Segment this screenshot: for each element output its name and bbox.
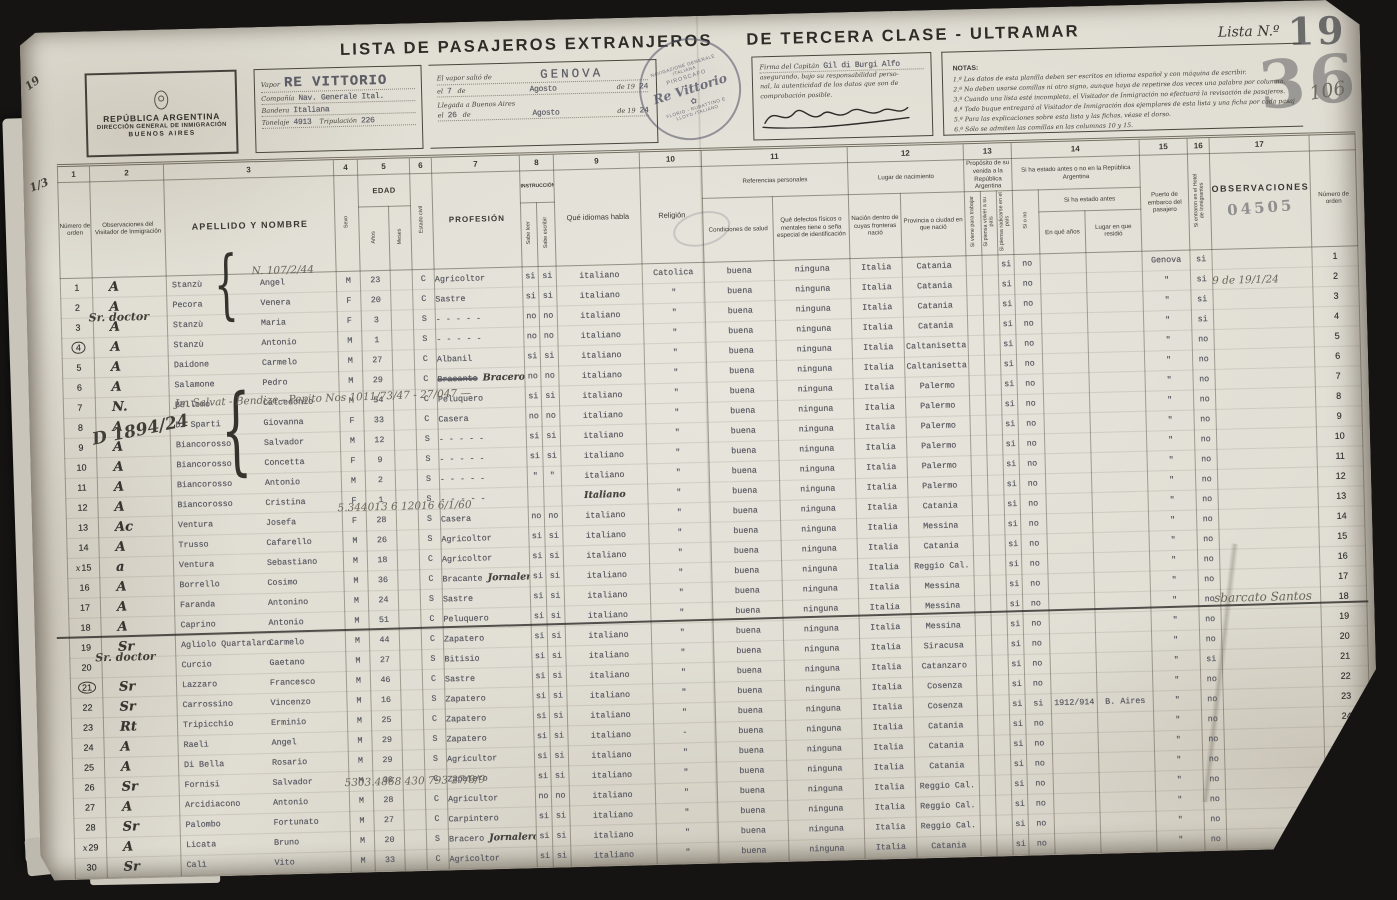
vapor-name: RE VITTORIO xyxy=(284,73,388,92)
cell-sex: F xyxy=(342,511,366,532)
col-number: 15 xyxy=(1139,137,1187,155)
cell-purpose-2 xyxy=(990,575,1007,595)
cell-reads: si xyxy=(535,766,552,786)
cell-purpose-1 xyxy=(967,295,984,315)
cell-row-number: 13 xyxy=(66,518,98,539)
cell-observations xyxy=(1215,367,1315,390)
cell-observations xyxy=(1218,507,1318,530)
header-hotel: Si entraron en el Hotel de Inmigrantes xyxy=(1187,154,1211,250)
cell-purpose-1 xyxy=(970,415,987,435)
cell-hotel: no xyxy=(1202,709,1224,730)
cell-age-years: 44 xyxy=(369,630,399,651)
cell-province: Siracusa xyxy=(912,635,976,657)
cell-reads: si xyxy=(525,386,542,406)
cell-purpose-3: si xyxy=(1013,834,1030,854)
cell-row-number: 9 xyxy=(64,438,96,459)
cell-nation: Italia xyxy=(864,817,916,838)
cell-sex: F xyxy=(337,291,361,312)
cell-province: Reggio Cal. xyxy=(916,815,980,837)
cell-order-number-right: 19 xyxy=(1321,605,1367,626)
cell-which-years xyxy=(1041,292,1087,313)
cell-health: buena xyxy=(706,320,776,342)
de-label: de xyxy=(463,111,471,119)
cell-which-years xyxy=(1046,472,1092,493)
cell-age-months xyxy=(391,289,414,310)
cell-religion: Catolica xyxy=(642,262,704,284)
cell-civil-status: C xyxy=(425,789,447,810)
cell-embark-port: " xyxy=(1144,350,1192,371)
cell-purpose-2 xyxy=(995,754,1012,774)
cell-profession: - - - - - xyxy=(436,327,524,349)
cell-been-before: no xyxy=(1021,514,1047,535)
cell-health: buena xyxy=(718,820,788,842)
cell-defects: ninguna xyxy=(789,838,865,860)
cell-embark-port: " xyxy=(1145,370,1193,391)
cell-religion: " xyxy=(657,842,719,864)
cell-defects: ninguna xyxy=(784,658,860,680)
cell-purpose-3: si xyxy=(1011,774,1028,794)
cell-defects: ninguna xyxy=(783,598,859,620)
cell-embark-port: " xyxy=(1155,750,1203,771)
cell-embark-port: " xyxy=(1154,730,1202,751)
cell-purpose-1 xyxy=(975,615,992,635)
cell-nation: Italia xyxy=(858,557,910,578)
cell-residence-place xyxy=(1089,371,1146,392)
cell-which-years xyxy=(1045,452,1091,473)
cell-age-years: 25 xyxy=(371,710,401,731)
cell-reads xyxy=(528,486,545,506)
cell-been-before: no xyxy=(1017,394,1043,415)
cell-nation: Italia xyxy=(852,337,904,358)
cell-residence-place xyxy=(1094,571,1151,592)
cell-row-number: 26 xyxy=(73,777,105,798)
cell-purpose-2 xyxy=(983,315,1000,335)
cell-order-number-right: 15 xyxy=(1319,525,1365,546)
cell-purpose-1 xyxy=(969,375,986,395)
org-box: REPÚBLICA ARGENTINA DIRECCIÓN GENERAL DE… xyxy=(85,70,239,158)
cell-order-number-right: 22 xyxy=(1322,665,1368,686)
cell-hotel: no xyxy=(1197,549,1219,570)
cell-been-before: no xyxy=(1026,733,1052,754)
cell-which-years xyxy=(1044,412,1090,433)
header-referencias: Referencias personales xyxy=(702,163,849,199)
cell-profession: Agricultor xyxy=(447,787,535,809)
notas-list: 1.ª Los datos de esta planilla deben ser… xyxy=(953,67,1295,136)
cell-writes: si xyxy=(549,706,568,726)
cell-embark-port: " xyxy=(1145,390,1193,411)
captain-signature xyxy=(761,100,912,130)
cell-residence-place xyxy=(1087,311,1144,332)
cell-language: italiano xyxy=(557,284,643,306)
cell-hotel: no xyxy=(1202,729,1224,750)
visitador-mark: A xyxy=(101,616,175,638)
cell-age-years: 26 xyxy=(367,530,397,551)
cell-age-months xyxy=(403,789,426,810)
stamp-04505: 04505 xyxy=(1211,195,1311,221)
cell-residence-place xyxy=(1099,771,1156,792)
cell-order-number-right: 30 xyxy=(1327,825,1373,846)
cell-reads: si xyxy=(527,446,544,466)
cell-hotel: no xyxy=(1203,769,1225,790)
cell-observations xyxy=(1212,247,1312,270)
cell-sex: M xyxy=(339,391,363,412)
cell-hotel: no xyxy=(1204,789,1226,810)
cell-age-months xyxy=(405,849,428,870)
cell-which-years xyxy=(1048,572,1094,593)
cell-nation: Italia xyxy=(855,437,907,458)
cell-age-years: 46 xyxy=(370,670,400,691)
cell-writes: si xyxy=(546,566,565,586)
cell-purpose-3: si xyxy=(1002,414,1019,434)
cell-profession: Bracante Bracero xyxy=(437,367,525,389)
cell-age-years: 23 xyxy=(360,270,390,291)
cell-residence-place xyxy=(1100,811,1157,832)
cell-row-number: 4 xyxy=(62,338,94,359)
cell-purpose-3: si xyxy=(1010,734,1027,754)
cell-observations xyxy=(1219,527,1319,550)
cell-purpose-1 xyxy=(980,795,997,815)
cell-writes: si xyxy=(538,266,557,286)
cell-observations xyxy=(1215,387,1315,410)
cell-age-months xyxy=(396,489,419,510)
cell-profession: Albanil xyxy=(436,347,524,369)
cell-order-number-right: 12 xyxy=(1317,465,1363,486)
cell-language: italiano xyxy=(560,404,646,426)
cell-writes: si xyxy=(547,626,566,646)
cell-nation: Italia xyxy=(862,737,914,758)
cell-profession: - - - - - xyxy=(438,427,526,449)
cell-embark-port: " xyxy=(1155,770,1203,791)
cell-age-years: 28 xyxy=(366,510,396,531)
cell-civil-status: C xyxy=(421,609,443,630)
cell-province: Catania xyxy=(914,735,978,757)
cell-purpose-2 xyxy=(992,635,1009,655)
cell-purpose-3: si xyxy=(1012,794,1029,814)
cell-province: Catania xyxy=(903,295,967,317)
cell-which-years xyxy=(1042,332,1088,353)
visitador-mark: a xyxy=(99,556,173,578)
cell-purpose-2 xyxy=(995,774,1012,794)
cell-province: Catania xyxy=(903,315,967,337)
cell-observations xyxy=(1213,287,1313,310)
cell-order-number-right: 23 xyxy=(1323,685,1369,706)
cell-purpose-2 xyxy=(982,255,999,275)
cell-residence-place: B. Aires xyxy=(1097,691,1154,712)
cell-health: buena xyxy=(719,840,789,862)
header-sabe-escribir: Sabe escribir xyxy=(536,202,556,266)
cell-been-before: no xyxy=(1026,713,1052,734)
col-number: 13 xyxy=(963,142,1011,160)
cell-row-number: 6 xyxy=(63,378,95,399)
cell-health: buena xyxy=(710,500,780,522)
visitador-mark: Sr xyxy=(106,816,180,838)
cell-sex: M xyxy=(348,731,372,752)
cell-religion: " xyxy=(649,522,711,544)
visitador-mark: A xyxy=(94,356,168,378)
cell-age-years: 27 xyxy=(370,650,400,671)
cell-row-number: 23 xyxy=(71,717,103,738)
visitador-mark: Ac xyxy=(98,516,172,538)
cell-order-number-right: 29 xyxy=(1326,805,1372,826)
cell-residence-place xyxy=(1086,251,1143,272)
cell-sex: M xyxy=(339,371,363,392)
cell-province: Cosenza xyxy=(913,695,977,717)
cell-purpose-1 xyxy=(973,535,990,555)
cell-order-number-right: 7 xyxy=(1315,366,1361,387)
cell-language: italiano xyxy=(559,364,645,386)
llegada-label: Llegada a Buenos Aires xyxy=(437,100,515,110)
cell-row-number: 2 xyxy=(61,298,93,319)
cell-profession: Agricoltor xyxy=(434,267,522,289)
tonelaje-value: 4913 xyxy=(293,118,311,127)
cell-religion: - xyxy=(654,722,716,744)
cell-order-number-right: 14 xyxy=(1318,505,1364,526)
cell-which-years xyxy=(1050,652,1096,673)
cell-purpose-2 xyxy=(991,595,1008,615)
cell-sex: M xyxy=(345,631,369,652)
bandera-label: Bandera xyxy=(261,106,289,115)
cell-observations xyxy=(1214,347,1314,370)
cell-been-before: no xyxy=(1021,533,1047,554)
cell-language: italiano xyxy=(567,684,653,706)
cell-purpose-3: si xyxy=(1002,434,1019,454)
cell-religion: " xyxy=(646,422,708,444)
cell-language: italiano xyxy=(564,584,650,606)
cell-been-before: no xyxy=(1027,773,1053,794)
cell-row-number: 8 xyxy=(64,418,96,439)
cell-reads: si xyxy=(534,726,551,746)
cell-purpose-2 xyxy=(986,435,1003,455)
cell-which-years xyxy=(1044,432,1090,453)
cell-purpose-1 xyxy=(978,735,995,755)
cell-language: italiano xyxy=(561,444,647,466)
cell-defects: ninguna xyxy=(780,478,856,500)
cell-reads: si xyxy=(522,266,539,286)
cell-hotel: no xyxy=(1192,329,1214,350)
cell-purpose-3: si xyxy=(1009,674,1026,694)
cell-profession: Agricoltor xyxy=(441,527,529,549)
header-proposito: Propósito de su venida a la República Ar… xyxy=(964,159,1013,192)
tripulacion-value: 226 xyxy=(361,116,375,125)
cell-which-years xyxy=(1040,272,1086,293)
cell-purpose-2 xyxy=(996,814,1013,834)
cell-purpose-3: si xyxy=(999,294,1016,314)
cell-age-months xyxy=(395,449,418,470)
visitador-mark: N. xyxy=(95,396,169,418)
tripulacion-label: Tripulación xyxy=(319,117,357,126)
cell-order-number-right: 5 xyxy=(1314,326,1360,347)
cell-province: Catania xyxy=(908,495,972,517)
cell-been-before: no xyxy=(1015,314,1041,335)
cell-residence-place xyxy=(1088,331,1145,352)
cell-reads: si xyxy=(534,746,551,766)
cell-observations xyxy=(1223,687,1323,710)
cell-health: buena xyxy=(713,620,783,642)
cell-religion: " xyxy=(644,322,706,344)
cell-sex: M xyxy=(343,531,367,552)
cell-health: buena xyxy=(716,720,786,742)
cell-province: Palermo xyxy=(905,375,969,397)
cell-reads: si xyxy=(532,646,549,666)
cell-health: buena xyxy=(709,460,779,482)
cell-which-years xyxy=(1050,632,1096,653)
cell-observations xyxy=(1216,407,1316,430)
cell-which-years xyxy=(1052,732,1098,753)
cell-profession: Sastre xyxy=(442,587,530,609)
cell-residence-place xyxy=(1099,751,1156,772)
cell-hotel: no xyxy=(1200,629,1222,650)
cell-sex: M xyxy=(344,591,368,612)
el-label: el xyxy=(438,111,444,119)
cell-purpose-3: si xyxy=(1001,374,1018,394)
cell-purpose-1 xyxy=(979,755,996,775)
cell-reads: si xyxy=(536,806,553,826)
cell-religion: " xyxy=(645,362,707,384)
cell-purpose-3: si xyxy=(998,254,1015,274)
cell-civil-status: C xyxy=(412,269,434,290)
voyage-box: El vapor salió de GENOVA el 7 de Agosto … xyxy=(428,59,658,149)
visitador-mark: A xyxy=(100,596,174,618)
cell-reads: no xyxy=(524,326,541,346)
col-number: 2 xyxy=(89,163,163,182)
cell-civil-status: S xyxy=(417,469,439,490)
cell-defects: ninguna xyxy=(777,358,853,380)
cell-writes: si xyxy=(552,806,571,826)
cell-order-number-right: 1 xyxy=(1312,246,1358,267)
cell-defects: ninguna xyxy=(774,258,850,280)
cell-which-years xyxy=(1041,312,1087,333)
cell-religion: " xyxy=(650,562,712,584)
cell-age-months xyxy=(394,409,417,430)
captain-box: Firma del Capitán Gil di Burgi Alfo aseg… xyxy=(751,52,933,141)
cell-purpose-1 xyxy=(966,255,983,275)
cell-which-years xyxy=(1049,592,1095,613)
header-estado-antes: Si ha estado antes o no en la República … xyxy=(1012,155,1141,190)
cell-observations xyxy=(1224,727,1324,750)
cell-purpose-2 xyxy=(988,475,1005,495)
cell-nation: Italia xyxy=(859,597,911,618)
cell-language: italiano xyxy=(562,504,648,526)
cell-civil-status: C xyxy=(415,369,437,390)
cell-hotel: no xyxy=(1199,589,1221,610)
cell-civil-status: C xyxy=(425,769,447,790)
cell-religion: " xyxy=(643,282,705,304)
cell-language: italiano xyxy=(563,524,649,546)
cell-embark-port: " xyxy=(1144,330,1192,351)
cell-row-number: 20 xyxy=(70,657,102,678)
cell-observations xyxy=(1212,267,1312,290)
cell-writes: no xyxy=(541,366,560,386)
cell-order-number-right: 24 xyxy=(1324,705,1370,726)
cell-row-number: x15 xyxy=(67,557,99,578)
cell-order-number-right: 3 xyxy=(1313,286,1359,307)
visitador-mark: A xyxy=(98,496,172,518)
cell-defects: ninguna xyxy=(787,758,863,780)
header-salud: Condiciones de salud xyxy=(702,197,774,263)
cell-language: italiano xyxy=(565,604,651,626)
cell-row-number: 28 xyxy=(74,817,106,838)
cell-purpose-2 xyxy=(996,794,1013,814)
cell-embark-port: " xyxy=(1150,570,1198,591)
cell-religion: " xyxy=(652,662,714,684)
cell-been-before: no xyxy=(1029,833,1055,854)
cell-health: buena xyxy=(705,280,775,302)
cell-nation: Italia xyxy=(861,677,913,698)
cell-sex: M xyxy=(347,711,371,732)
cell-health: buena xyxy=(710,480,780,502)
cell-been-before: no xyxy=(1014,274,1040,295)
cell-observations xyxy=(1224,707,1324,730)
cell-order-number-right: 2 xyxy=(1312,266,1358,287)
cell-order-number-right: 16 xyxy=(1319,545,1365,566)
cell-hotel: no xyxy=(1198,569,1220,590)
cell-which-years xyxy=(1042,352,1088,373)
cell-age-years: 9 xyxy=(365,450,395,471)
cell-been-before: no xyxy=(1025,673,1051,694)
cell-row-number: 3 xyxy=(61,318,93,339)
cell-embark-port: " xyxy=(1146,430,1194,451)
cell-language: italiano xyxy=(558,324,644,346)
cell-been-before: no xyxy=(1022,573,1048,594)
cell-row-number: 10 xyxy=(65,458,97,479)
cell-hotel: no xyxy=(1193,369,1215,390)
cell-profession: Casera xyxy=(440,507,528,529)
cell-purpose-1 xyxy=(975,595,992,615)
cell-writes xyxy=(544,486,563,506)
cell-profession: Zapatero xyxy=(447,767,535,789)
de19-label: de 19 xyxy=(617,107,636,115)
cell-province: Messina xyxy=(911,615,975,637)
cell-reads: no xyxy=(523,306,540,326)
cell-sex: M xyxy=(349,791,373,812)
cell-row-number: 5 xyxy=(62,358,94,379)
notas-title: NOTAS: xyxy=(953,65,979,73)
cell-language: italiano xyxy=(566,664,652,686)
cell-embark-port: " xyxy=(1153,670,1201,691)
cell-nation: Italia xyxy=(862,717,914,738)
visitador-mark: A xyxy=(95,376,169,398)
cell-which-years xyxy=(1054,792,1100,813)
cell-defects: ninguna xyxy=(775,298,851,320)
cell-residence-place xyxy=(1098,731,1155,752)
cell-purpose-1 xyxy=(976,635,993,655)
cell-row-number: 7 xyxy=(63,398,95,419)
cell-residence-place xyxy=(1090,411,1147,432)
visitador-mark: A xyxy=(93,316,167,338)
cell-purpose-3: si xyxy=(1009,694,1026,714)
cell-embark-port: " xyxy=(1147,450,1195,471)
cell-defects: ninguna xyxy=(779,438,855,460)
cell-civil-status: C xyxy=(415,389,437,410)
cell-province: Catania xyxy=(902,255,966,277)
cell-reads: si xyxy=(536,826,553,846)
cell-hotel: no xyxy=(1195,449,1217,470)
cell-nation: Italia xyxy=(855,457,907,478)
cell-religion: " xyxy=(651,622,713,644)
cell-residence-place xyxy=(1094,551,1151,572)
visitador-mark: Rt xyxy=(103,716,177,738)
cell-language: italiano xyxy=(563,544,649,566)
cell-been-before: no xyxy=(1023,613,1049,634)
cell-age-years: 51 xyxy=(369,610,399,631)
cell-defects: ninguna xyxy=(786,718,862,740)
visitador-mark: A xyxy=(99,536,173,558)
de19-label: de 19 xyxy=(617,83,636,91)
col-number: 10 xyxy=(639,149,701,168)
cell-purpose-2 xyxy=(994,734,1011,754)
cell-age-years: 3 xyxy=(361,310,391,331)
header-observaciones-visitador: Observaciones del Visitador de Inmigraci… xyxy=(90,180,166,278)
